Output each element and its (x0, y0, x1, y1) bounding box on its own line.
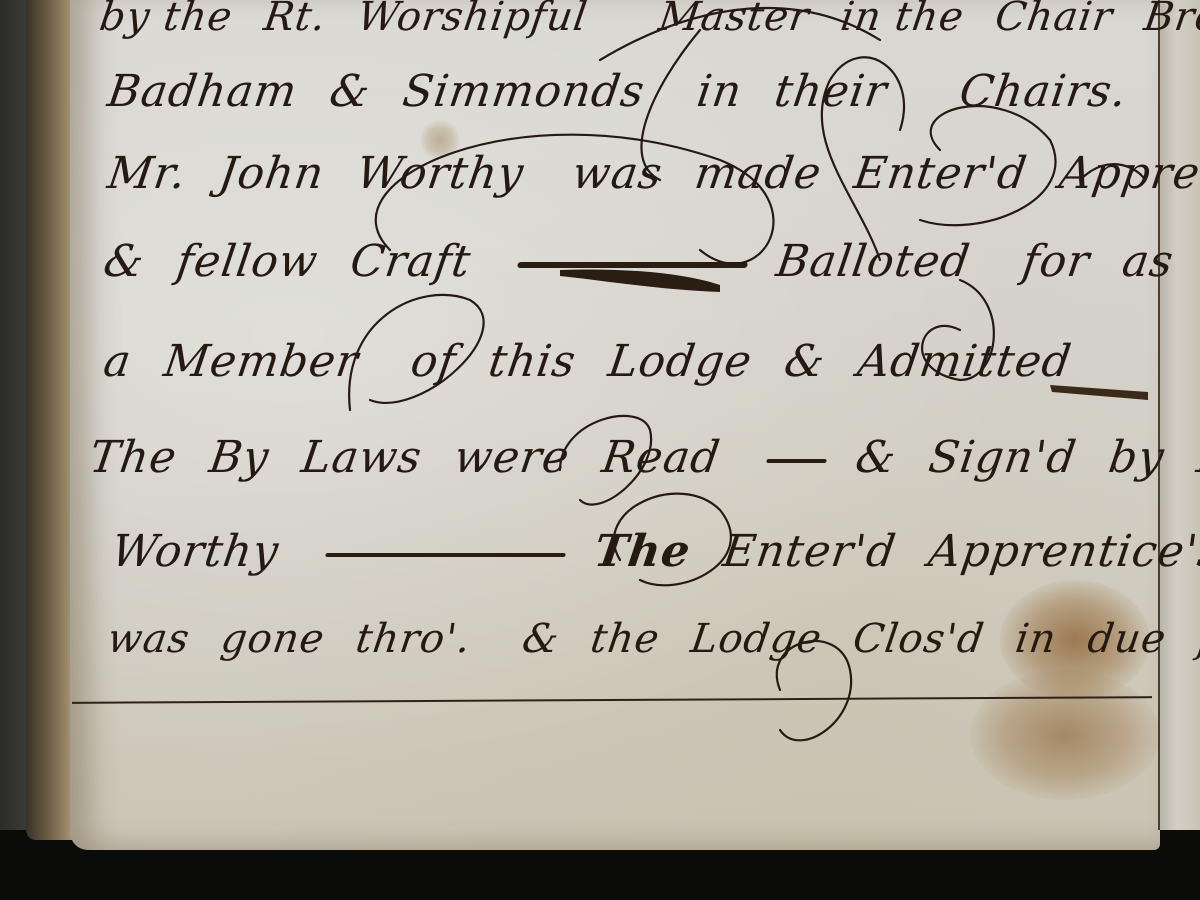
word: Simmonds (400, 66, 648, 117)
word: was (569, 148, 666, 199)
text-line-3: Mr. John Worthy was made Enter'd Apprent… (104, 148, 1200, 199)
word: thro'. (353, 616, 474, 662)
word: Chairs. (956, 66, 1130, 117)
word: Lodge (605, 336, 755, 387)
text-line-5: a Member of this Lodge & Admitted (100, 336, 1092, 387)
word: their (771, 66, 890, 117)
text-line-1: by the Rt. Worshipful Master in the Chai… (97, 0, 1200, 40)
word: Badham (104, 66, 300, 117)
word: in the (838, 0, 967, 40)
word: this (485, 336, 579, 387)
word: Chair (992, 0, 1116, 40)
word: Admitted (854, 336, 1074, 387)
word: Worthy (353, 148, 527, 199)
word: & (326, 66, 373, 117)
word: Laws (298, 432, 425, 483)
word: as (1119, 236, 1177, 287)
word: a (100, 336, 134, 387)
word: John (216, 148, 328, 199)
word: & (519, 616, 562, 662)
pen-dash (766, 459, 827, 463)
word: The (591, 526, 694, 577)
pen-dash (517, 262, 748, 268)
word: by (1106, 432, 1168, 483)
word: The (86, 432, 180, 483)
word: fellow (174, 236, 322, 287)
word: in (694, 66, 746, 117)
text-line-2: Badham & Simmonds in their Chairs. (104, 66, 1148, 117)
word: gone (218, 616, 328, 662)
word: Worshipful (355, 0, 591, 40)
word: Apprentice (1056, 148, 1200, 199)
word: due (1085, 616, 1170, 662)
facing-page-edge (1158, 0, 1200, 830)
manuscript-page (70, 0, 1160, 850)
word: Craft (347, 236, 474, 287)
word: Enter'd (851, 148, 1031, 199)
word: & (100, 236, 147, 287)
word: Worthy (108, 526, 282, 577)
word: Clos'd (850, 616, 987, 662)
word: made (692, 148, 825, 199)
word: was (105, 616, 193, 662)
word: Sign'd (926, 432, 1080, 483)
word: By (206, 432, 272, 483)
word: Lodge (688, 616, 825, 662)
word: for (1019, 236, 1093, 287)
word: were (451, 432, 573, 483)
word: form— (1195, 616, 1200, 662)
word: by the (97, 0, 236, 40)
text-line-6: The By Laws were Read & Sign'd by Bro.r (86, 432, 1200, 483)
word: Member (161, 336, 362, 387)
text-line-4: & fellow Craft Balloted for as (100, 236, 1195, 287)
word: Balloted (773, 236, 973, 287)
word: in (1013, 616, 1060, 662)
word: Bro.r (1194, 432, 1200, 483)
text-line-7: Worthy The Enter'd Apprentice's Lecture (108, 526, 1200, 577)
word: Enter'd (720, 526, 900, 577)
word: Rt. (261, 0, 329, 40)
word: the (588, 616, 663, 662)
word: of (408, 336, 460, 387)
text-line-8: was gone thro'. & the Lodge Clos'd in du… (105, 616, 1200, 662)
word: Bro.r (1141, 0, 1200, 40)
word: & (781, 336, 828, 387)
pen-dash (325, 553, 566, 557)
water-stain-bottom-right (970, 670, 1160, 800)
word: Read (599, 432, 724, 483)
word: Master (656, 0, 813, 40)
word: Mr. (104, 148, 189, 199)
word: & (852, 432, 899, 483)
word: Apprentice's (925, 526, 1200, 577)
